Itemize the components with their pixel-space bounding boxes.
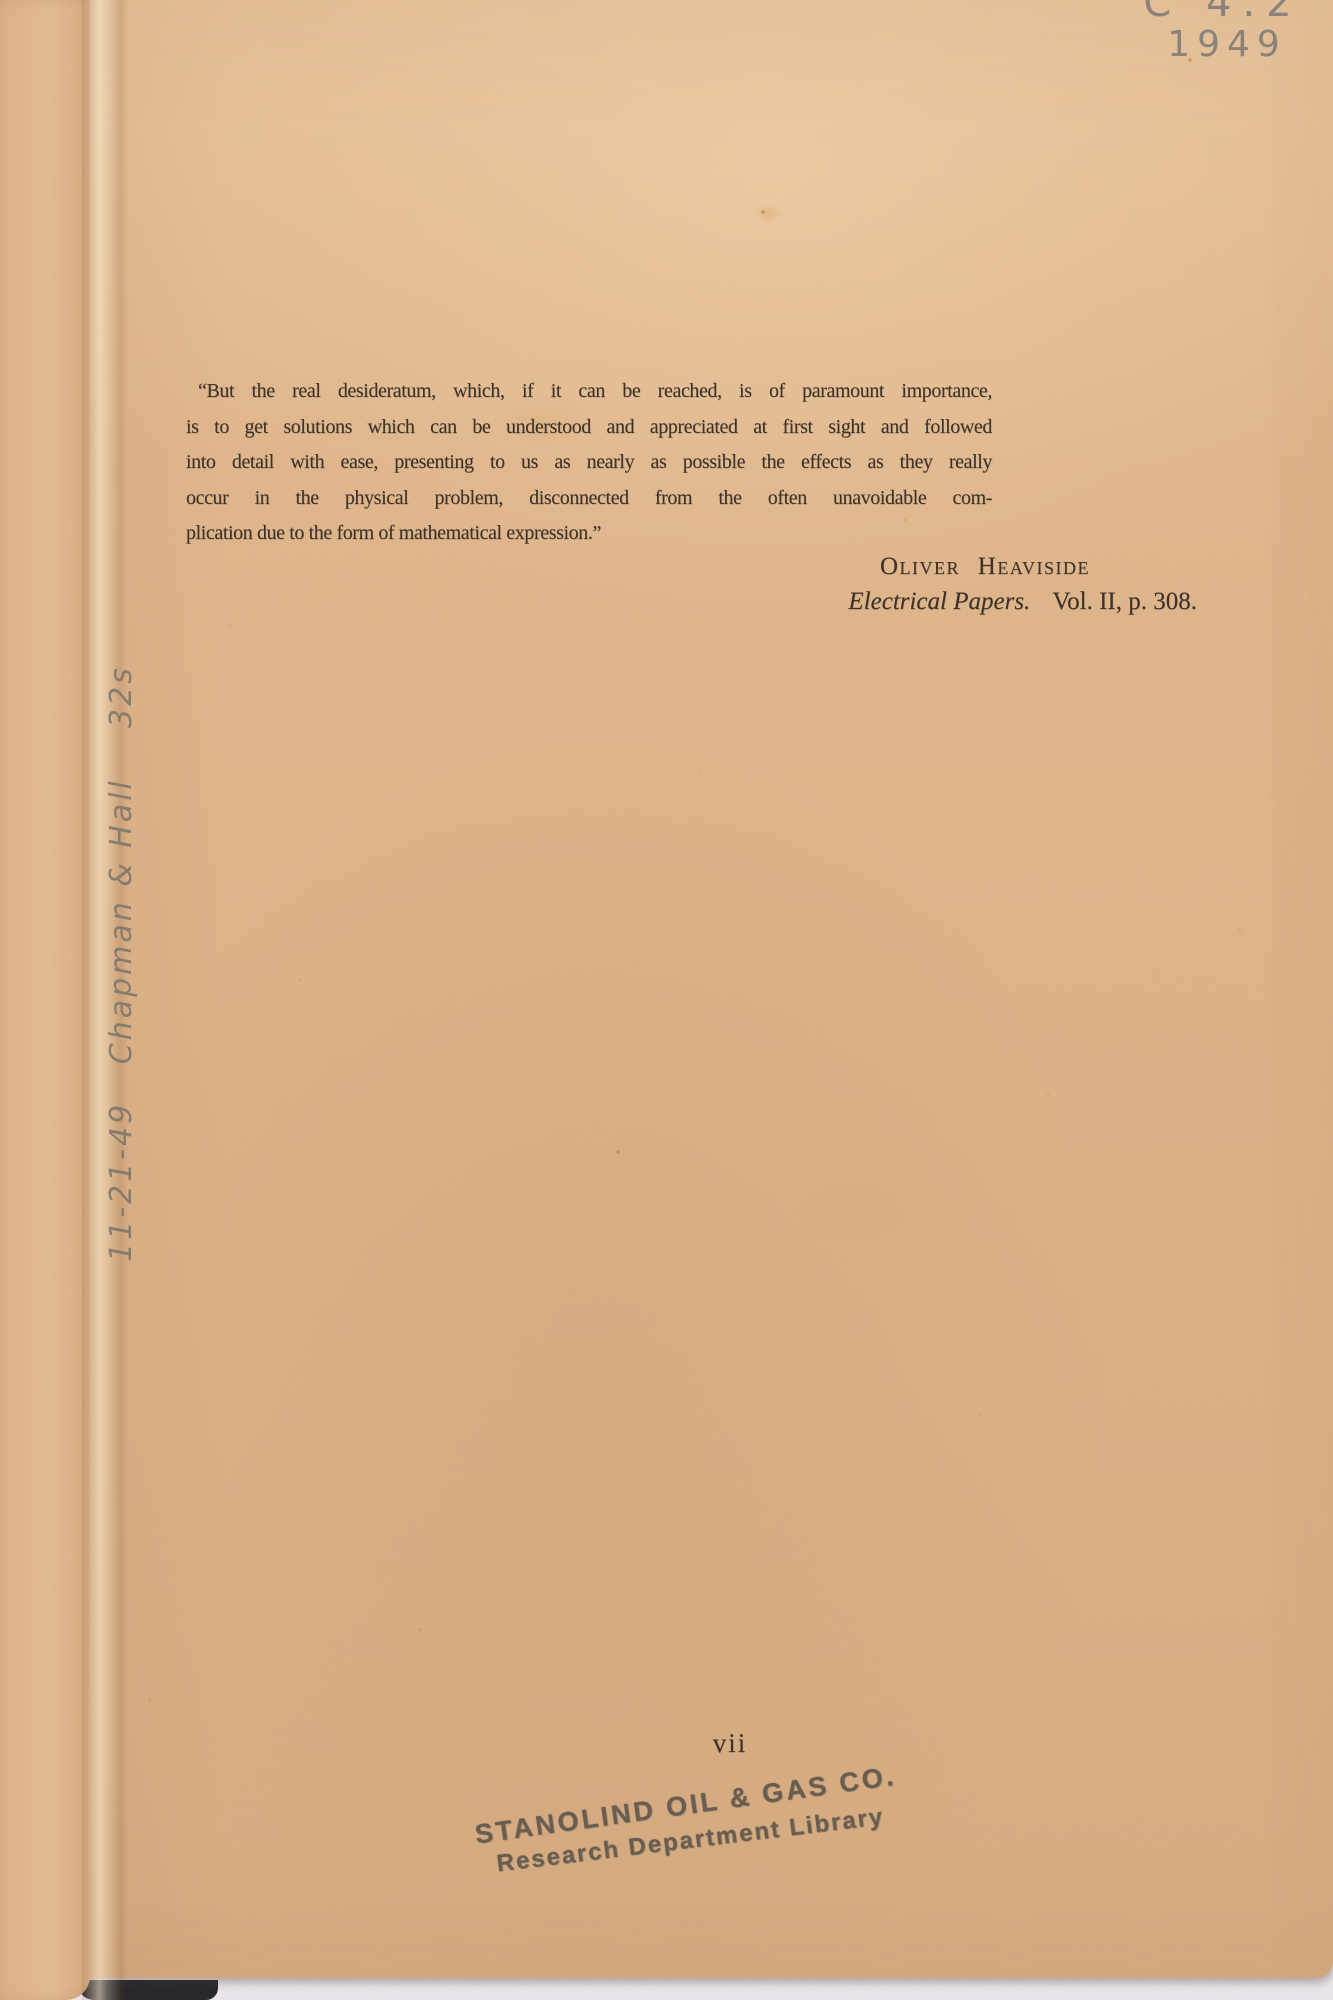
- epigraph-quote: “But the real desideratum, which, if it …: [186, 374, 992, 552]
- attribution-work: Electrical Papers.Vol. II, p. 308.: [186, 588, 1197, 616]
- quote-line: is to get solutions which can be underst…: [186, 410, 992, 446]
- page-number: vii: [660, 1728, 800, 1759]
- quote-line: plication due to the form of mathematica…: [186, 516, 992, 552]
- margin-acquisition-note: 11-21-49 Chapman & Hall 32s: [104, 462, 139, 1262]
- book-cover-edge: [78, 1980, 218, 2000]
- attribution-author: Oliver Heaviside: [186, 553, 1090, 581]
- penciled-catalog-note: C 4.2 1949: [1128, 0, 1318, 65]
- foxing-specks: [0, 0, 1333, 1978]
- quote-line: occur in the physical problem, disconnec…: [186, 481, 992, 517]
- page-sheet: [0, 0, 1333, 1978]
- gutter-column: [0, 0, 90, 2000]
- scanned-book-page: { "penciled_catalog": { "code": "C 4.2",…: [0, 0, 1333, 2000]
- quote-line: “But the real desideratum, which, if it …: [186, 374, 992, 410]
- catalog-code: C 4.2: [1128, 0, 1318, 26]
- catalog-year: 1949: [1136, 24, 1318, 65]
- attribution-reference: Vol. II, p. 308.: [1052, 588, 1197, 615]
- quote-line: into detail with ease, presenting to us …: [186, 445, 992, 481]
- attribution-source: Electrical Papers.: [848, 588, 1030, 615]
